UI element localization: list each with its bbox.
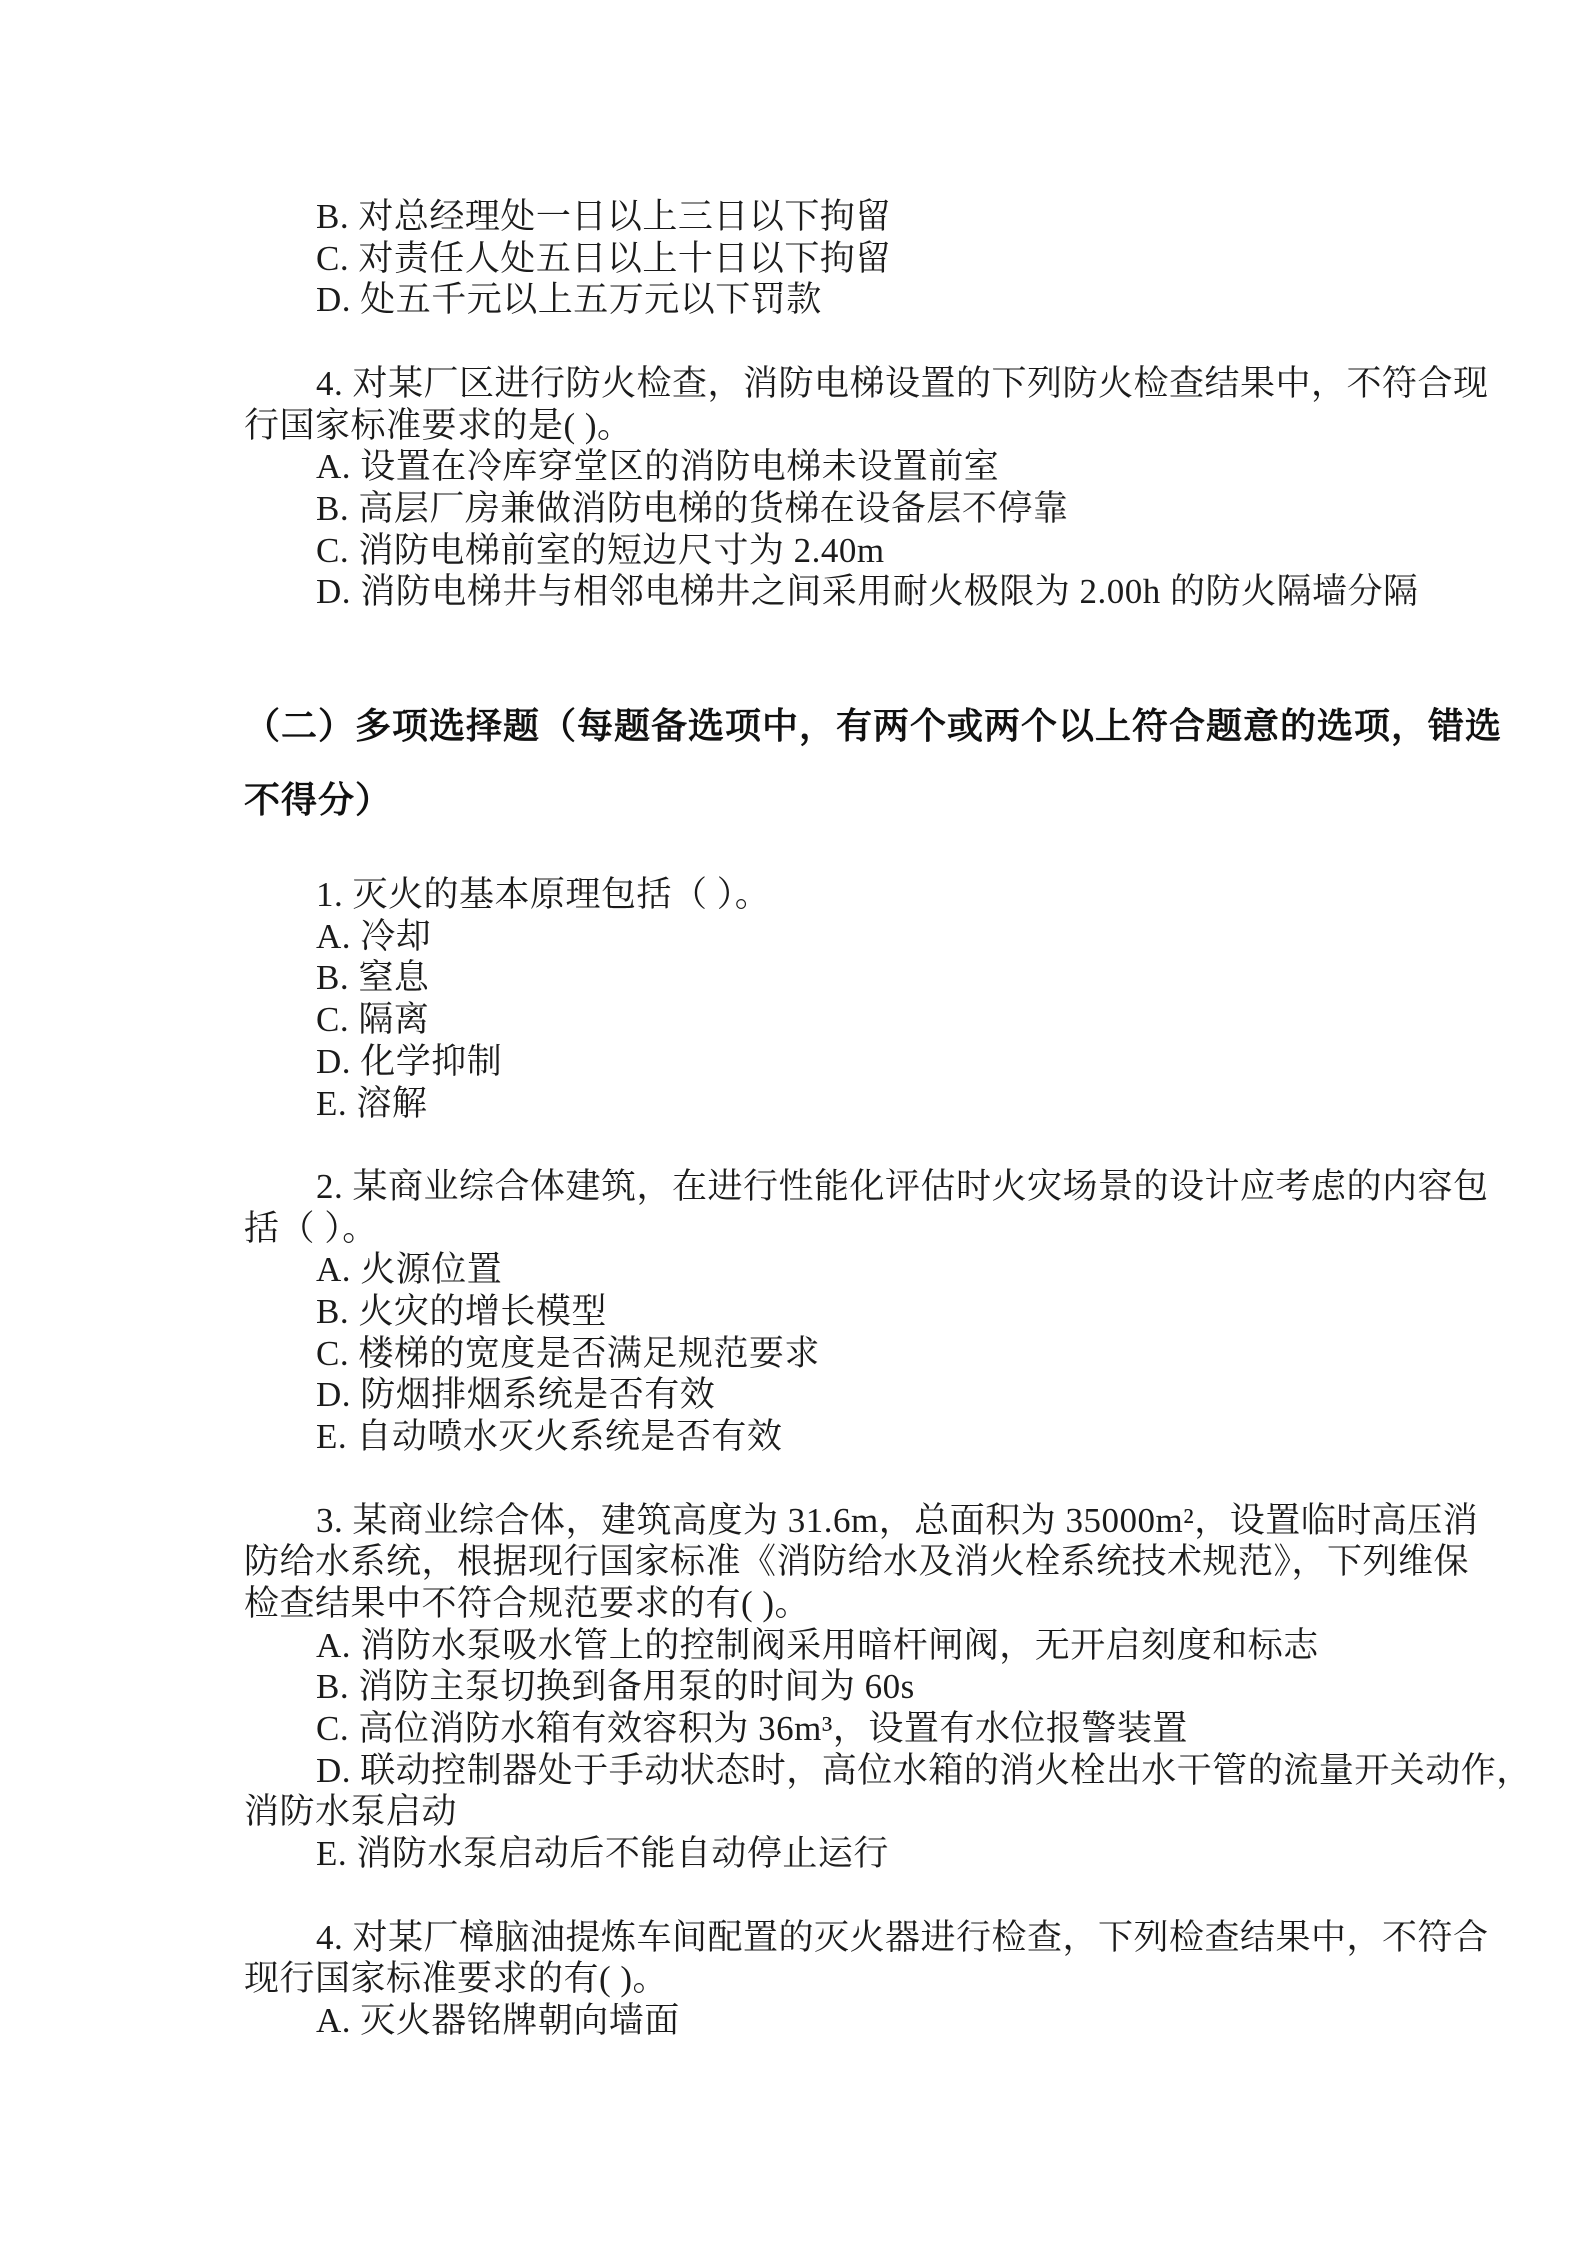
single-q4-option-d: D. 消防电梯井与相邻电梯井之间采用耐火极限为 2.00h 的防火隔墙分隔 (244, 571, 1369, 613)
multi-q2-option-a: A. 火源位置 (244, 1249, 1369, 1291)
multi-q2-stem-line-1: 2. 某商业综合体建筑，在进行性能化评估时火灾场景的设计应考虑的内容包 (244, 1166, 1369, 1208)
multi-q3-stem-line-3: 检查结果中不符合规范要求的有( )。 (244, 1583, 1369, 1625)
section-heading-line-2: 不得分） (244, 763, 1369, 837)
multi-q1-option-c: C. 隔离 (244, 999, 1369, 1041)
multi-q2-option-c: C. 楼梯的宽度是否满足规范要求 (244, 1333, 1369, 1375)
carryover-option-d: D. 处五千元以上五万元以下罚款 (244, 279, 1369, 321)
single-q4-option-c: C. 消防电梯前室的短边尺寸为 2.40m (244, 530, 1369, 572)
blank-line (244, 1458, 1369, 1500)
multi-q1-stem: 1. 灭火的基本原理包括（ ）。 (244, 874, 1369, 916)
section-gap (244, 613, 1369, 689)
multi-q4-stem-line-2: 现行国家标准要求的有( )。 (244, 1958, 1369, 2000)
multi-q3-option-e: E. 消防水泵启动后不能自动停止运行 (244, 1833, 1369, 1875)
multi-q3-option-b: B. 消防主泵切换到备用泵的时间为 60s (244, 1666, 1369, 1708)
multi-q1-option-d: D. 化学抑制 (244, 1041, 1369, 1083)
exam-document-page: B. 对总经理处一日以上三日以下拘留 C. 对责任人处五日以上十日以下拘留 D.… (0, 0, 1587, 2245)
multi-q2-option-e: E. 自动喷水灭火系统是否有效 (244, 1416, 1369, 1458)
blank-line (244, 1124, 1369, 1166)
section-heading-line-1: （二）多项选择题（每题备选项中，有两个或两个以上符合题意的选项，错选 (244, 689, 1369, 763)
multi-q2-option-b: B. 火灾的增长模型 (244, 1291, 1369, 1333)
carryover-option-b: B. 对总经理处一日以上三日以下拘留 (244, 196, 1369, 238)
multi-q2-option-d: D. 防烟排烟系统是否有效 (244, 1374, 1369, 1416)
text-block: B. 对总经理处一日以上三日以下拘留 C. 对责任人处五日以上十日以下拘留 D.… (0, 0, 1587, 2042)
multi-q1-option-a: A. 冷却 (244, 916, 1369, 958)
blank-line (244, 1875, 1369, 1917)
multi-q1-option-e: E. 溶解 (244, 1083, 1369, 1125)
multi-q2-stem-line-2: 括（ ）。 (244, 1208, 1369, 1250)
multi-q4-stem-line-1: 4. 对某厂樟脑油提炼车间配置的灭火器进行检查，下列检查结果中，不符合 (244, 1917, 1369, 1959)
multi-q1-option-b: B. 窒息 (244, 957, 1369, 999)
multi-q3-option-a: A. 消防水泵吸水管上的控制阀采用暗杆闸阀，无开启刻度和标志 (244, 1625, 1369, 1667)
multi-q3-stem-line-2: 防给水系统，根据现行国家标准《消防给水及消火栓系统技术规范》，下列维保 (244, 1541, 1369, 1583)
multi-q4-option-a: A. 灭火器铭牌朝向墙面 (244, 2000, 1369, 2042)
single-q4-stem-line-2: 行国家标准要求的是( )。 (244, 405, 1369, 447)
multi-q3-option-d-line-2: 消防水泵启动 (244, 1791, 1369, 1833)
multi-q3-option-c: C. 高位消防水箱有效容积为 36m³，设置有水位报警装置 (244, 1708, 1369, 1750)
heading-gap (244, 837, 1369, 874)
single-q4-option-b: B. 高层厂房兼做消防电梯的货梯在设备层不停靠 (244, 488, 1369, 530)
single-q4-option-a: A. 设置在冷库穿堂区的消防电梯未设置前室 (244, 446, 1369, 488)
multi-q3-option-d-line-1: D. 联动控制器处于手动状态时，高位水箱的消火栓出水干管的流量开关动作， (244, 1750, 1369, 1792)
carryover-option-c: C. 对责任人处五日以上十日以下拘留 (244, 238, 1369, 280)
multi-q3-stem-line-1: 3. 某商业综合体，建筑高度为 31.6m，总面积为 35000m²，设置临时高… (244, 1500, 1369, 1542)
blank-line (244, 321, 1369, 363)
single-q4-stem-line-1: 4. 对某厂区进行防火检查，消防电梯设置的下列防火检查结果中，不符合现 (244, 363, 1369, 405)
